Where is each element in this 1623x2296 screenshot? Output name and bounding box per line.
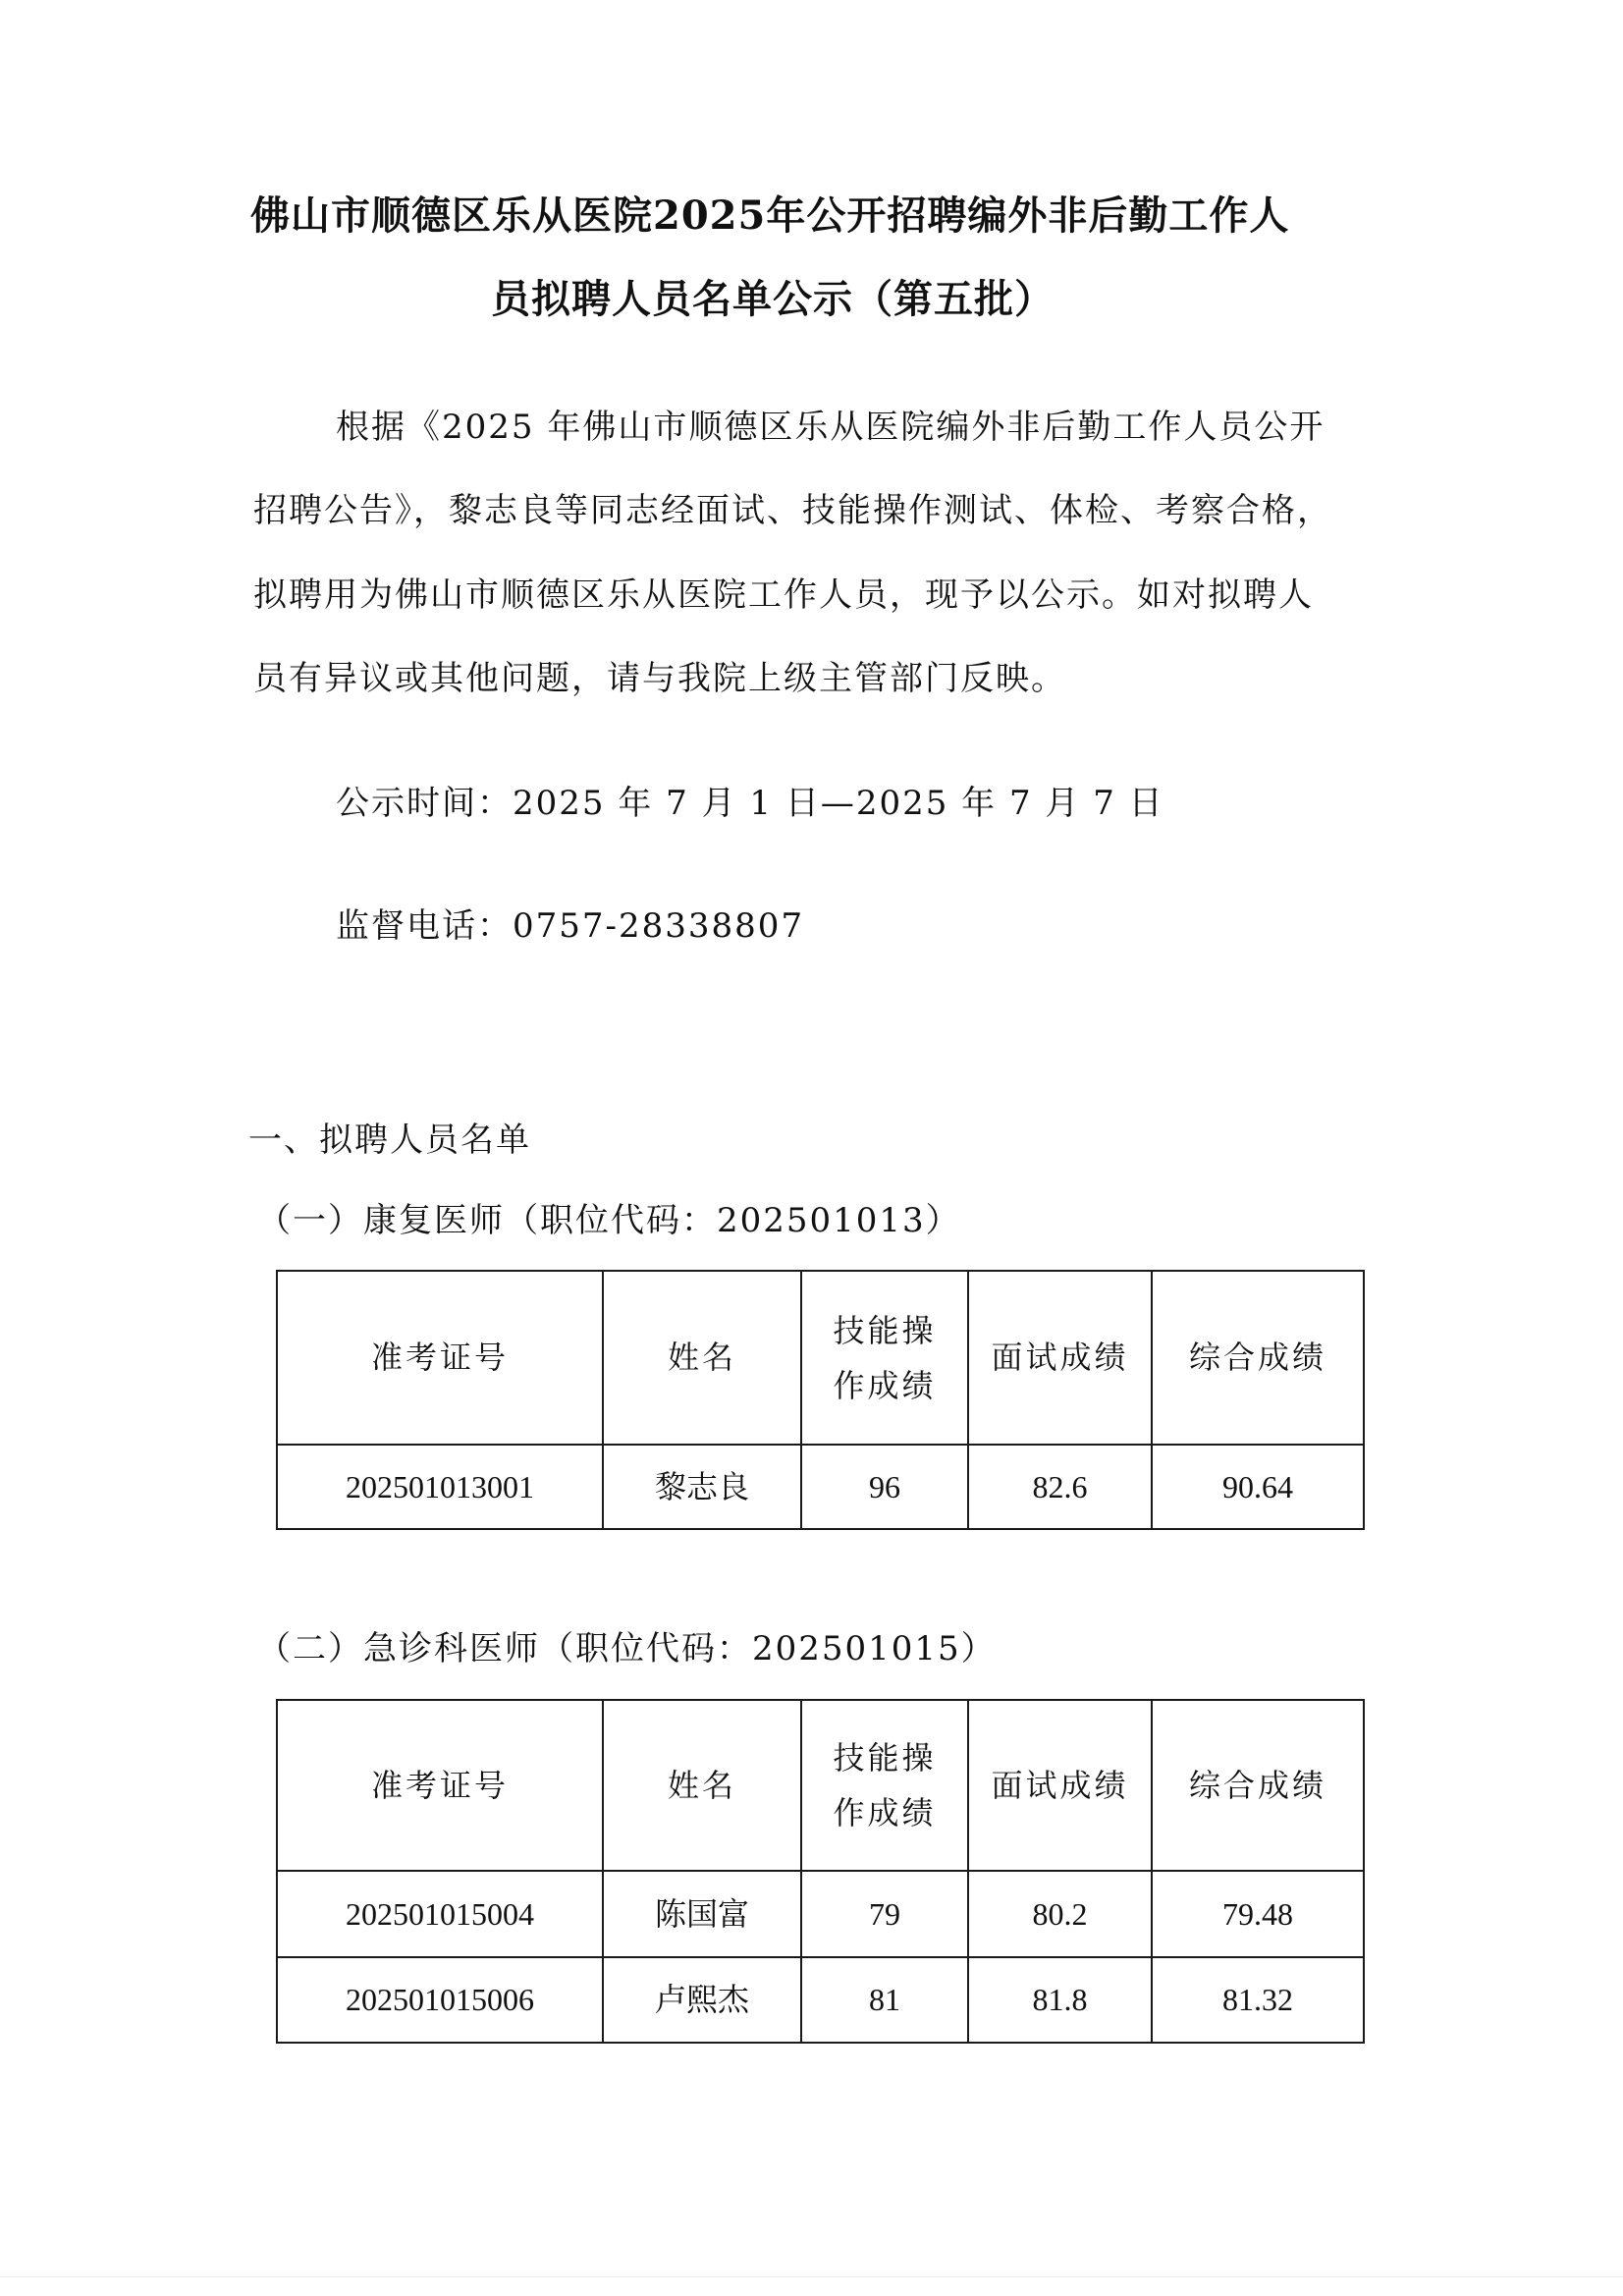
- section-heading-candidate-list: 一、拟聘人员名单: [248, 1123, 531, 1157]
- body-paragraph-line: 根据《2025 年佛山市顺德区乐从医院编外非后勤工作人员公开: [336, 410, 1325, 444]
- body-paragraph-line: 拟聘用为佛山市顺德区乐从医院工作人员，现予以公示。如对拟聘人: [253, 578, 1314, 612]
- column-header-interview-score: 面试成绩: [968, 1271, 1152, 1445]
- candidate-table-emergency-physician: 准考证号 姓名 技能操 作成绩 面试成绩 综合成绩 202501015004 陈…: [276, 1699, 1365, 2044]
- column-header-name: 姓名: [603, 1271, 801, 1445]
- column-header-total-score: 综合成绩: [1152, 1271, 1364, 1445]
- supervision-phone: 监督电话：0757-28338807: [336, 909, 804, 943]
- table-row: 202501015006 卢熙杰 81 81.8 81.32: [277, 1957, 1364, 2043]
- candidate-table-rehab-physician: 准考证号 姓名 技能操 作成绩 面试成绩 综合成绩 202501013001 黎…: [276, 1270, 1365, 1530]
- cell-total-score: 81.32: [1152, 1957, 1364, 2043]
- table-header-row: 准考证号 姓名 技能操 作成绩 面试成绩 综合成绩: [277, 1700, 1364, 1871]
- column-header-skill-score: 技能操 作成绩: [801, 1271, 968, 1445]
- cell-name: 卢熙杰: [603, 1957, 801, 2043]
- cell-exam-id: 202501013001: [277, 1445, 603, 1529]
- cell-exam-id: 202501015004: [277, 1871, 603, 1957]
- cell-total-score: 79.48: [1152, 1871, 1364, 1957]
- skill-score-header-text: 技能操 作成绩: [833, 1312, 936, 1404]
- body-paragraph-line: 员有异议或其他问题，请与我院上级主管部门反映。: [253, 662, 1066, 695]
- table-header-row: 准考证号 姓名 技能操 作成绩 面试成绩 综合成绩: [277, 1271, 1364, 1445]
- table-row: 202501013001 黎志良 96 82.6 90.64: [277, 1445, 1364, 1529]
- cell-interview-score: 80.2: [968, 1871, 1152, 1957]
- cell-skill-score: 81: [801, 1957, 968, 2043]
- column-header-exam-id: 准考证号: [277, 1700, 603, 1871]
- cell-name: 黎志良: [603, 1445, 801, 1529]
- cell-total-score: 90.64: [1152, 1445, 1364, 1529]
- cell-skill-score: 96: [801, 1445, 968, 1529]
- cell-skill-score: 79: [801, 1871, 968, 1957]
- column-header-interview-score: 面试成绩: [968, 1700, 1152, 1871]
- cell-name: 陈国富: [603, 1871, 801, 1957]
- column-header-total-score: 综合成绩: [1152, 1700, 1364, 1871]
- notice-period: 公示时间：2025 年 7 月 1 日—2025 年 7 月 7 日: [336, 787, 1164, 820]
- table-heading-emergency-physician: （二）急诊科医师（职位代码：202501015）: [257, 1632, 997, 1666]
- document-title-line-2: 员拟聘人员名单公示（第五批）: [491, 280, 1055, 319]
- column-header-skill-score: 技能操 作成绩: [801, 1700, 968, 1871]
- column-header-exam-id: 准考证号: [277, 1271, 603, 1445]
- cell-interview-score: 82.6: [968, 1445, 1152, 1529]
- document-title-line-1: 佛山市顺德区乐从医院2025年公开招聘编外非后勤工作人: [250, 196, 1289, 236]
- cell-interview-score: 81.8: [968, 1957, 1152, 2043]
- table-row: 202501015004 陈国富 79 80.2 79.48: [277, 1871, 1364, 1957]
- column-header-name: 姓名: [603, 1700, 801, 1871]
- scan-edge-line: [0, 2276, 1623, 2277]
- cell-exam-id: 202501015006: [277, 1957, 603, 2043]
- skill-score-header-text: 技能操 作成绩: [833, 1739, 936, 1831]
- body-paragraph-line: 招聘公告》，黎志良等同志经面试、技能操作测试、体检、考察合格，: [253, 494, 1332, 527]
- table-heading-rehab-physician: （一）康复医师（职位代码：202501013）: [257, 1204, 961, 1237]
